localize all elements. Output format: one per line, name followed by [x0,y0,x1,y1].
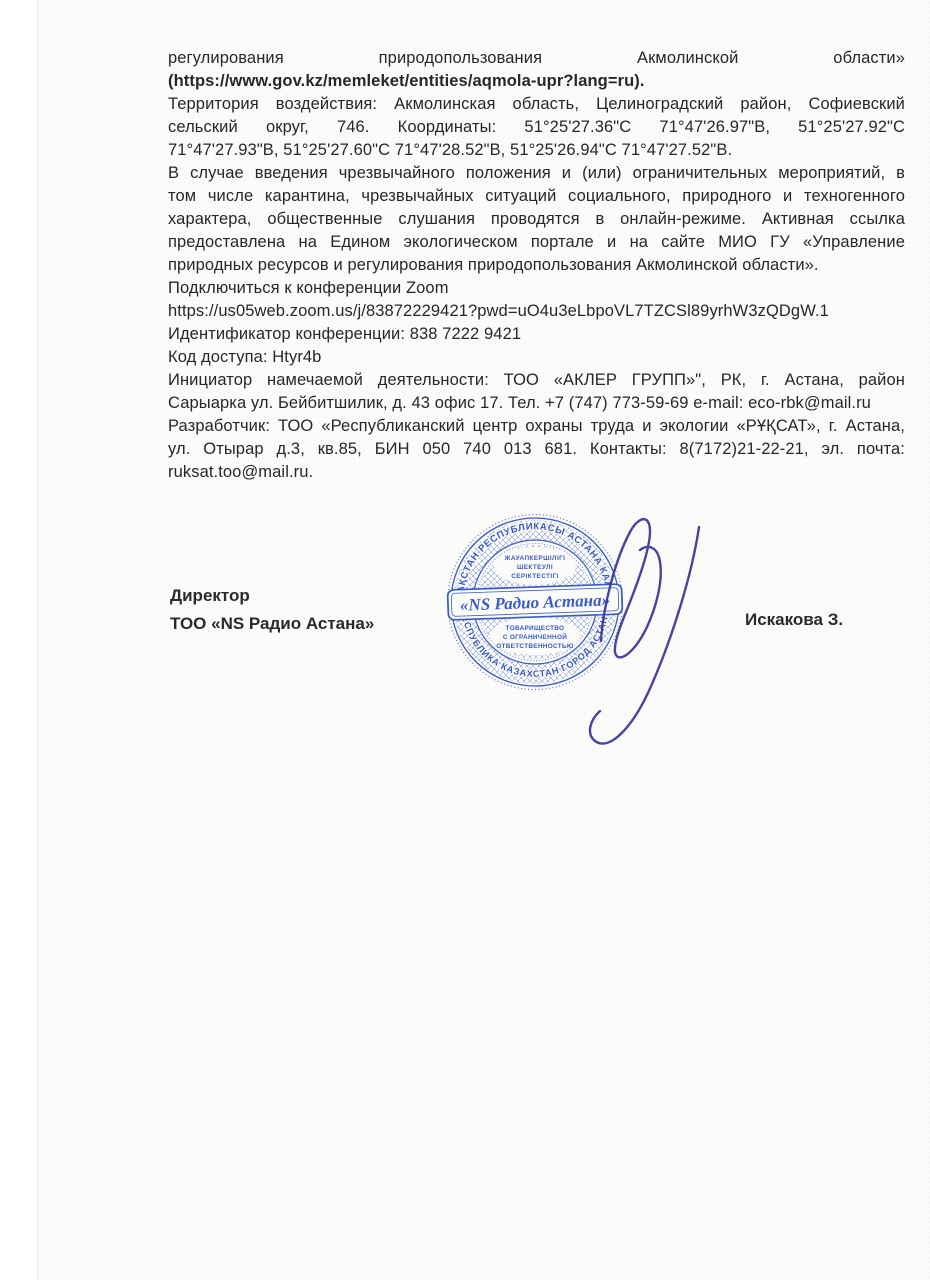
handwritten-signature [560,505,720,755]
stamp-top-text-3: СЕРІКТЕСТІГІ [511,573,558,580]
document-text: регулирования природопользования Акмолин… [168,47,905,484]
text-line: В случае введения чрезвычайного положени… [168,162,905,185]
stamp-bottom-text-2: С ОГРАНИЧЕННОЙ [503,632,567,641]
text-line: природных ресурсов и регулирования приро… [168,254,905,277]
stamp-top-text-2: ШЕКТЕУЛІ [517,564,553,571]
text-line-zoom-invite: Подключиться к конференции Zoom [168,277,905,300]
text-line: характера, общественные слушания проводя… [168,208,905,231]
text-line-zoom-url: https://us05web.zoom.us/j/83872229421?pw… [168,300,905,323]
text-line-developer: ул. Отырар д.3, кв.85, БИН 050 740 013 6… [168,438,905,461]
signer-name: Искакова З. [745,610,843,630]
text-line: том числе карантина, чрезвычайных ситуац… [168,185,905,208]
text-line: регулирования природопользования Акмолин… [168,47,905,70]
text-line: предоставлена на Едином экологическом по… [168,231,905,254]
text-line-initiator: Сарыарка ул. Бейбитшилик, д. 43 офис 17.… [168,392,905,415]
text-line-coordinates: сельский округ, 746. Координаты: 51°25'2… [168,116,905,139]
director-title: Директор [170,582,374,610]
text-line-initiator: Инициатор намечаемой деятельности: ТОО «… [168,369,905,392]
signature-block: Директор ТОО «NS Радио Астана» [170,582,374,638]
text-line-conference-id: Идентификатор конференции: 838 7222 9421 [168,323,905,346]
stamp-top-text-1: ЖАУАПКЕРШІЛІГІ [504,555,566,562]
text-line-access-code: Код доступа: Htyr4b [168,346,905,369]
signature-stroke-loop [601,519,661,657]
text-line-developer-email: ruksat.too@mail.ru. [168,461,905,484]
stamp-bottom-text-1: ТОВАРИЩЕСТВО [506,625,565,632]
text-line: Территория воздействия: Акмолинская обла… [168,93,905,116]
text-line-coordinates: 71°47'27.93"В, 51°25'27.60"С 71°47'28.52… [168,139,905,162]
company-name: ТОО «NS Радио Астана» [170,610,374,638]
text-line-developer: Разработчик: ТОО «Республиканский центр … [168,415,905,438]
text-line-url: (https://www.gov.kz/memleket/entities/aq… [168,70,905,93]
